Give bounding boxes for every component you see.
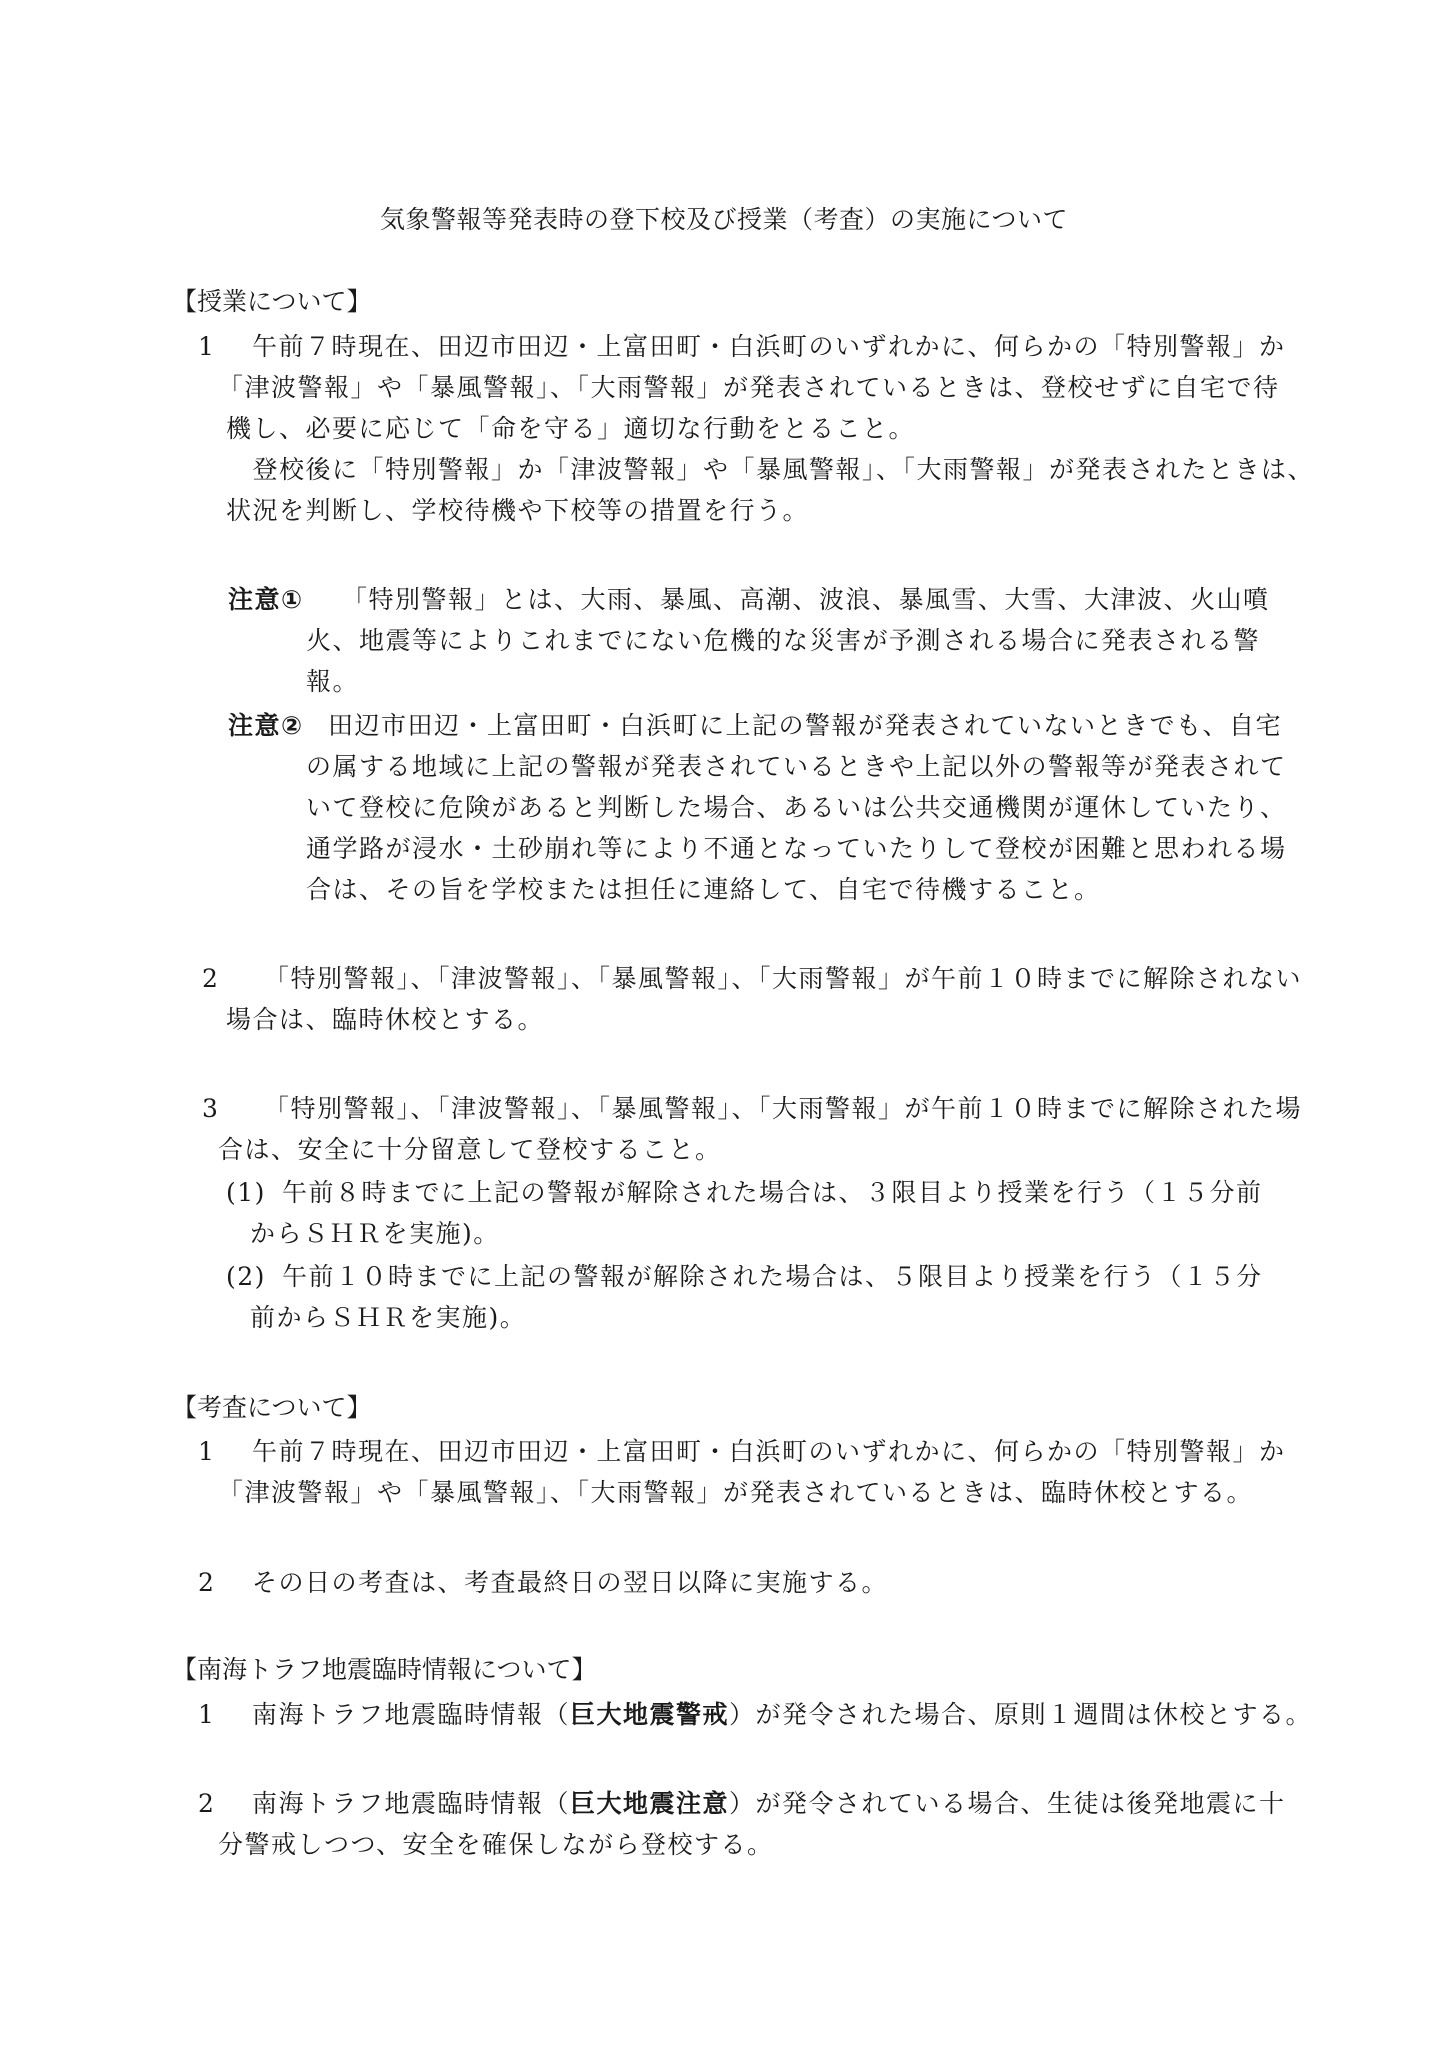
section-heading-nankai-trough: 【南海トラフ地震臨時情報について】 bbox=[172, 1655, 597, 1685]
note-2-line-2: の属する地域に上記の警報が発表されているときや上記以外の警報等が発表されて bbox=[306, 752, 1287, 782]
note-label: 注意② bbox=[228, 711, 328, 741]
section-heading-classes: 【授業について】 bbox=[172, 287, 372, 317]
note-label: 注意① bbox=[228, 585, 342, 615]
emphasis-megaquake-warning: 巨大地震警戒 bbox=[570, 1700, 729, 1729]
item-number: 2 bbox=[198, 1568, 252, 1598]
note-2-line-4: 通学路が浸水・土砂崩れ等により不通となっていたりして登校が困難と思われる場 bbox=[306, 834, 1287, 864]
nankai-item-2-line-1: 2南海トラフ地震臨時情報（巨大地震注意）が発令されている場合、生徒は後発地震に十 bbox=[198, 1789, 1286, 1819]
item-1-line-3: 機し、必要に応じて「命を守る」適切な行動をとること。 bbox=[226, 414, 915, 444]
subitem-1-line-2: からＳＨＲを実施)。 bbox=[250, 1219, 500, 1249]
emphasis-megaquake-advisory: 巨大地震注意 bbox=[570, 1789, 729, 1818]
item-number: 1 bbox=[198, 332, 252, 362]
nankai-item-1-line-1: 1南海トラフ地震臨時情報（巨大地震警戒）が発令された場合、原則１週間は休校とする… bbox=[198, 1700, 1312, 1730]
subitem-number: (2) bbox=[226, 1262, 282, 1292]
note-1-line-1: 注意①「特別警報」とは、大雨、暴風、高潮、波浪、暴風雪、大雪、大津波、火山噴 bbox=[228, 585, 1270, 615]
item-number: 2 bbox=[198, 1789, 252, 1819]
note-2-line-5: 合は、その旨を学校または担任に連絡して、自宅で待機すること。 bbox=[306, 875, 1101, 905]
item-number: 1 bbox=[198, 1700, 252, 1730]
item-3-line-2: 合は、安全に十分留意して登校すること。 bbox=[218, 1135, 722, 1165]
item-2-line-2: 場合は、臨時休校とする。 bbox=[226, 1005, 544, 1035]
note-1-line-2: 火、地震等によりこれまでにない危機的な災害が予測される場合に発表される警 bbox=[306, 626, 1260, 656]
note-1-line-3: 報。 bbox=[306, 667, 359, 697]
subitem-2-line-2: 前からＳＨＲを実施)。 bbox=[250, 1303, 526, 1333]
item-1-line-2: 「津波警報」や「暴風警報」、「大雨警報」が発表されているときは、登校せずに自宅で… bbox=[218, 373, 1280, 403]
item-1-line-1: 1午前７時現在、田辺市田辺・上富田町・白浜町のいずれかに、何らかの「特別警報」か bbox=[198, 332, 1286, 362]
document-title: 気象警報等発表時の登下校及び授業（考査）の実施について bbox=[0, 200, 1448, 236]
section-heading-exams: 【考査について】 bbox=[172, 1393, 372, 1423]
exam-item-1-line-2: 「津波警報」や「暴風警報」、「大雨警報」が発表されているときは、臨時休校とする。 bbox=[218, 1478, 1253, 1508]
item-number: 1 bbox=[198, 1437, 252, 1467]
item-1-line-5: 状況を判断し、学校待機や下校等の措置を行う。 bbox=[226, 496, 809, 526]
item-1-line-4: 登校後に「特別警報」か「津波警報」や「暴風警報」、「大雨警報」が発表されたときは… bbox=[226, 455, 1314, 485]
exam-item-2-line-1: 2その日の考査は、考査最終日の翌日以降に実施する。 bbox=[198, 1568, 888, 1598]
note-2-line-3: いて登校に危険があると判断した場合、あるいは公共交通機関が運休していたり、 bbox=[306, 793, 1287, 823]
item-number: 3 bbox=[202, 1094, 264, 1124]
item-3-line-1: 3「特別警報」、「津波警報」、「暴風警報」、「大雨警報」が午前１０時までに解除さ… bbox=[202, 1094, 1302, 1124]
note-2-line-1: 注意②田辺市田辺・上富田町・白浜町に上記の警報が発表されていないときでも、自宅 bbox=[228, 711, 1282, 741]
exam-item-1-line-1: 1午前７時現在、田辺市田辺・上富田町・白浜町のいずれかに、何らかの「特別警報」か bbox=[198, 1437, 1286, 1467]
item-number: 2 bbox=[202, 964, 264, 994]
subitem-2-line-1: (2)午前１０時までに上記の警報が解除された場合は、５限目より授業を行う（１５分 bbox=[226, 1262, 1263, 1292]
subitem-1-line-1: (1)午前８時までに上記の警報が解除された場合は、３限目より授業を行う（１５分前 bbox=[226, 1178, 1263, 1208]
item-2-line-1: 2「特別警報」、「津波警報」、「暴風警報」、「大雨警報」が午前１０時までに解除さ… bbox=[202, 964, 1302, 994]
subitem-number: (1) bbox=[226, 1178, 282, 1208]
nankai-item-2-line-2: 分警戒しつつ、安全を確保しながら登校する。 bbox=[218, 1830, 774, 1860]
document-page: 気象警報等発表時の登下校及び授業（考査）の実施について 【授業について】 1午前… bbox=[0, 0, 1448, 2048]
